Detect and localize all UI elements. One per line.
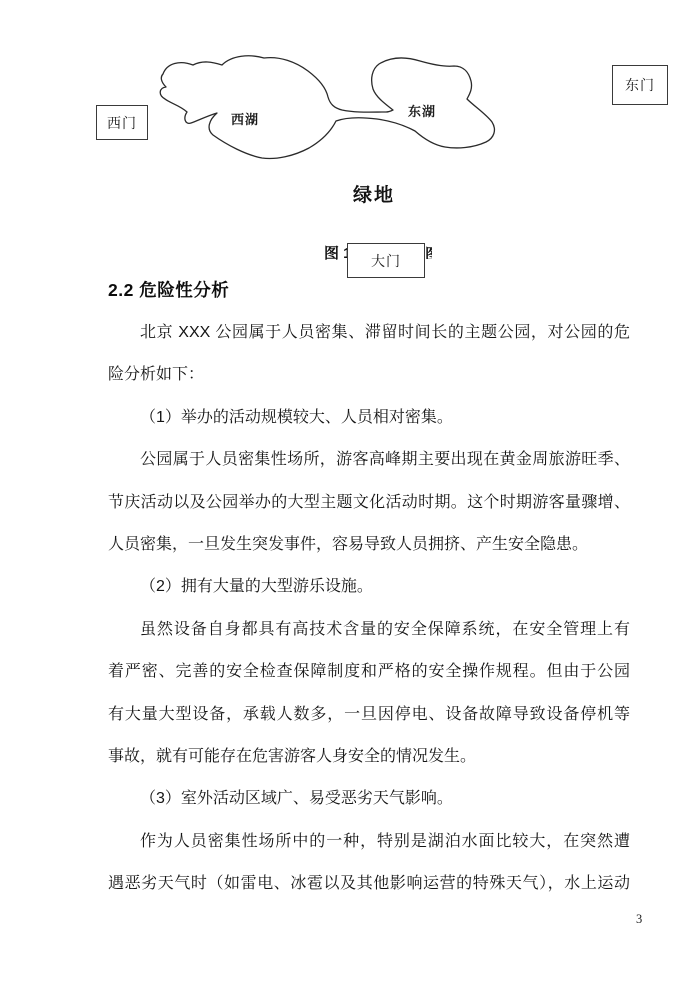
paragraph-line: 北京 XXX 公园属于人员密集、滞留时间长的主题公园，对公园的危 xyxy=(108,312,630,354)
section-heading: 2.2 危险性分析 xyxy=(108,277,229,302)
figure-caption-fragment-glyph: 图 xyxy=(425,246,432,259)
document-page: 西门 东门 西湖 东湖 绿地 图 1 图 大门 2.2 危险性分析 北京 XXX… xyxy=(0,0,700,990)
paragraph-line: 人员密集，一旦发生突发事件，容易导致人员拥挤、产生安全隐患。 xyxy=(108,524,630,566)
paragraph-line: 作为人员密集性场所中的一种，特别是湖泊水面比较大，在突然遭 xyxy=(108,821,630,863)
paragraph-line: 遇恶劣天气时（如雷电、冰雹以及其他影响运营的特殊天气），水上运动 xyxy=(108,863,630,905)
figure-caption-fragment: 图 xyxy=(425,243,432,259)
body-lines: 北京 XXX 公园属于人员密集、滞留时间长的主题公园，对公园的危险分析如下：（1… xyxy=(108,312,630,905)
paragraph-line: （1）举办的活动规模较大、人员相对密集。 xyxy=(108,397,630,439)
west-lake-label: 西湖 xyxy=(231,109,259,128)
park-map-figure: 西门 东门 西湖 东湖 绿地 图 1 图 大门 xyxy=(0,0,700,300)
paragraph-line: 公园属于人员密集性场所，游客高峰期主要出现在黄金周旅游旺季、 xyxy=(108,439,630,481)
paragraph-line: （3）室外活动区域广、易受恶劣天气影响。 xyxy=(108,778,630,820)
paragraph-line: 着严密、完善的安全检查保障制度和严格的安全操作规程。但由于公园 xyxy=(108,651,630,693)
page-number: 3 xyxy=(636,912,642,927)
paragraph-line: 节庆活动以及公园举办的大型主题文化活动时期。这个时期游客量骤增、 xyxy=(108,482,630,524)
paragraph-line: 事故，就有可能存在危害游客人身安全的情况发生。 xyxy=(108,736,630,778)
east-lake-label: 东湖 xyxy=(408,101,436,120)
main-gate-label: 大门 xyxy=(371,251,401,271)
west-gate-label: 西门 xyxy=(107,113,137,133)
east-gate-label: 东门 xyxy=(625,75,655,95)
main-gate-box: 大门 xyxy=(347,243,425,278)
east-gate-box: 东门 xyxy=(612,65,668,105)
paragraph-line: 虽然设备自身都具有高技术含量的安全保障系统，在安全管理上有 xyxy=(108,609,630,651)
paragraph-line: （2）拥有大量的大型游乐设施。 xyxy=(108,566,630,608)
green-area-label: 绿地 xyxy=(353,180,395,207)
west-gate-box: 西门 xyxy=(96,105,148,140)
paragraph-line: 险分析如下： xyxy=(108,354,630,396)
paragraph-line: 有大量大型设备，承载人数多，一旦因停电、设备故障导致设备停机等 xyxy=(108,694,630,736)
lakes-outline-path xyxy=(160,56,494,159)
